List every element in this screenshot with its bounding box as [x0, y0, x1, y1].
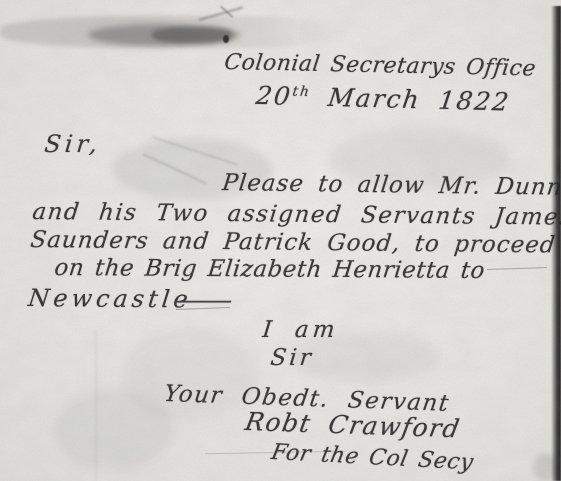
- salutation: Sir,: [43, 130, 103, 158]
- stray-pen-stroke: [195, 0, 243, 21]
- paper-fold-line: [95, 330, 97, 481]
- top-smudge-dark-core: [152, 27, 232, 43]
- body-line-3: Saunders and Patrick Good, to proceed: [29, 227, 557, 258]
- pencil-streak: [152, 136, 238, 166]
- date-day: 20: [254, 81, 294, 111]
- faint-pen-line: [487, 267, 547, 270]
- scanned-letter-page: Colonial Secretarys Office 20th March 18…: [0, 0, 561, 481]
- heading-office-line: Colonial Secretarys Office: [223, 50, 538, 81]
- signature-capacity: For the Col Secy: [269, 440, 475, 475]
- heading-date-line: 20th March 1822: [254, 81, 512, 117]
- date-month-year: March 1822: [308, 82, 512, 116]
- top-smudge-band: [0, 16, 348, 48]
- closing-sir: Sir: [269, 345, 315, 371]
- corner-blotch: [533, 453, 559, 481]
- body-line-1: Please to allow Mr. Dunn: [221, 170, 561, 201]
- stray-pen-cross-stroke: [220, 0, 240, 18]
- body-line-5: Newcastle: [27, 284, 194, 313]
- body-line-4: on the Brig Elizabeth Henrietta to: [53, 255, 486, 284]
- pencil-streak: [143, 153, 207, 184]
- body-line-2: and his Two assigned Servants James: [31, 199, 561, 231]
- signature: Robt Crawford: [243, 407, 463, 443]
- smudge-lower-left: [55, 390, 175, 470]
- ink-blot-dot: [223, 35, 229, 43]
- top-smudge-dark-blotch: [88, 24, 240, 46]
- trailing-dash: —: [176, 286, 234, 314]
- closing-i-am: I am: [261, 317, 340, 343]
